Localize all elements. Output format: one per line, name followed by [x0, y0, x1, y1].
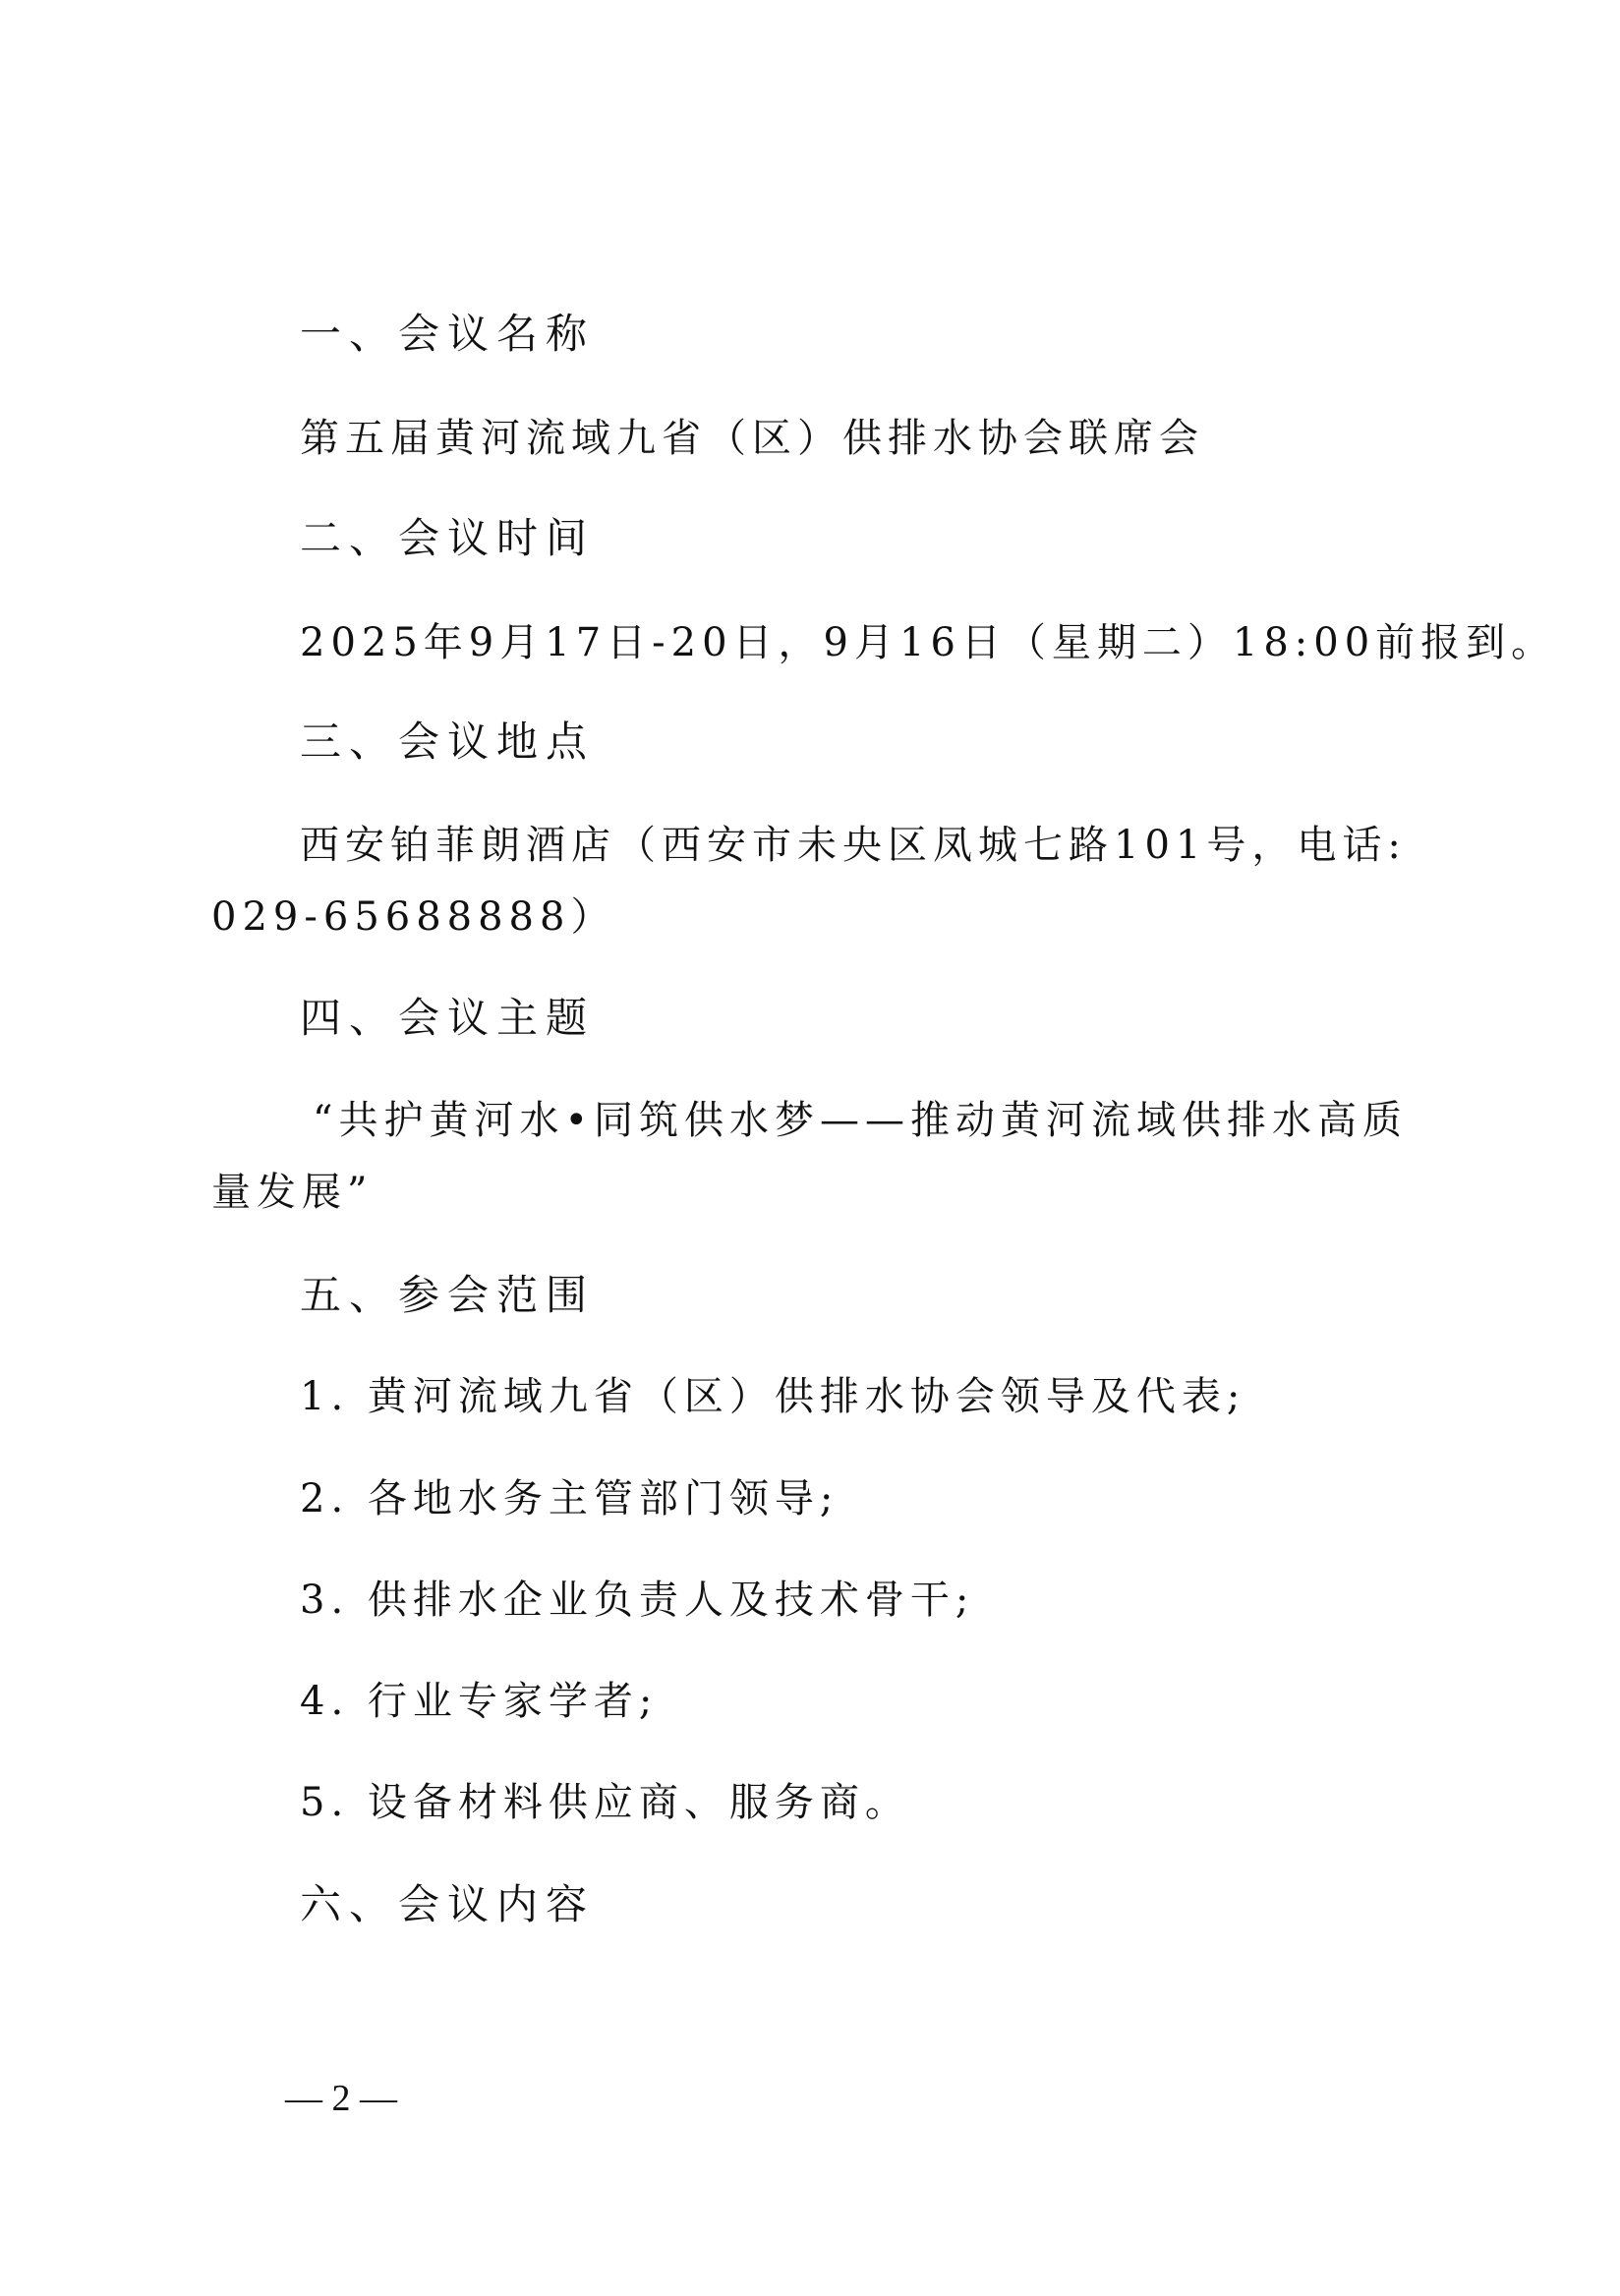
meeting-theme-text-line1: “共护黄河水•同筑供水梦——推动黄河流域供排水高质 — [313, 1093, 1408, 1148]
attendee-item-2: 2. 各地水务主管部门领导; — [300, 1471, 839, 1526]
section-heading-meeting-content: 六、会议内容 — [300, 1877, 595, 1932]
document-page: 一、会议名称 第五届黄河流域九省（区）供排水协会联席会 二、会议时间 2025年… — [0, 0, 1620, 2296]
meeting-name-text: 第五届黄河流域九省（区）供排水协会联席会 — [300, 411, 1204, 466]
meeting-location-text-line1: 西安铂菲朗酒店（西安市未央区凤城七路101号，电话: — [300, 818, 1407, 873]
page-number: — 2 — — [285, 2074, 397, 2123]
meeting-theme-text-line2: 量发展” — [211, 1165, 373, 1220]
attendee-item-5: 5. 设备材料供应商、服务商。 — [300, 1775, 910, 1830]
section-heading-meeting-location: 三、会议地点 — [300, 715, 595, 770]
attendee-item-1: 1. 黄河流域九省（区）供排水协会领导及代表; — [300, 1369, 1245, 1424]
section-heading-meeting-theme: 四、会议主题 — [300, 991, 595, 1046]
section-heading-meeting-name: 一、会议名称 — [300, 307, 595, 362]
section-heading-attendees: 五、参会范围 — [300, 1268, 595, 1323]
attendee-item-3: 3. 供排水企业负责人及技术骨干; — [300, 1573, 974, 1628]
meeting-time-text: 2025年9月17日-20日，9月16日（星期二）18:00前报到。 — [300, 615, 1556, 670]
section-heading-meeting-time: 二、会议时间 — [300, 511, 595, 566]
meeting-location-text-line2: 029-65688888） — [211, 890, 615, 945]
attendee-item-4: 4. 行业专家学者; — [300, 1674, 658, 1729]
